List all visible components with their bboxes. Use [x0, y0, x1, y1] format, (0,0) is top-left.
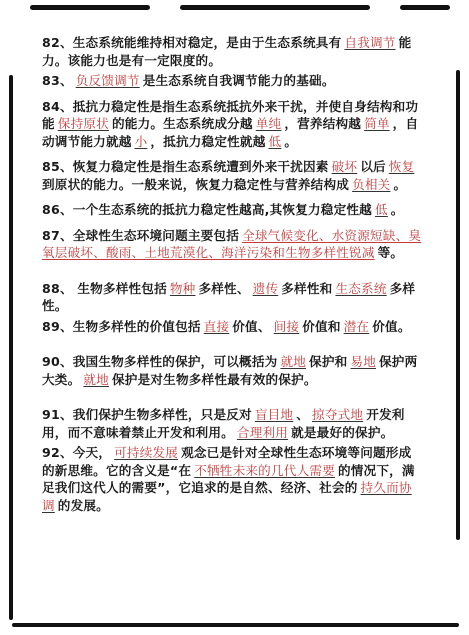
question-90: 90、我国生物多样性的保护，可以概括为就地保护和易地保护两大类。就地保护是对生物… [42, 353, 422, 388]
question-92: 92、今天，可持续发展观念已是针对全球性生态环境等问题形成的新思维。它的含义是“… [42, 444, 422, 514]
question-text: 。 [393, 177, 406, 192]
question-88: 88、 生物多样性包括物种多样性、遗传多样性和生态系统多样性。 [42, 280, 422, 315]
question-82: 82、生态系统能维持相对稳定，是由于生态系统具有自我调节能力。该能力也是有一定限… [42, 34, 422, 69]
question-text: 、 生物多样性包括 [60, 281, 167, 296]
question-83: 83、负反馈调节是生态系统自我调节能力的基础。 [42, 72, 422, 90]
question-number: 91 [42, 407, 60, 422]
answer-blank: 保持原状 [55, 116, 112, 131]
answer-blank: 易地 [347, 354, 379, 369]
question-text: 价值和 [302, 319, 340, 334]
answer-blank: 直接 [201, 319, 233, 334]
question-text: 、生态系统能维持相对稳定，是由于生态系统具有 [60, 35, 341, 50]
question-number: 92 [42, 445, 60, 460]
frame-right-border [456, 70, 460, 540]
question-text: 价值。 [372, 319, 410, 334]
frame-top-border [30, 5, 449, 10]
question-text: ，抵抗力稳定性就越 [150, 134, 265, 149]
answer-blank: 可持续发展 [111, 445, 181, 460]
question-text: 多样性和 [281, 281, 332, 296]
answer-blank: 合理利用 [234, 425, 291, 440]
question-91: 91、我们保护生物多样性，只是反对盲目地、掠夺式地开发利用，而不意味着禁止开发和… [42, 406, 422, 441]
question-text: 多样性、 [198, 281, 249, 296]
question-text: 、生物多样性的价值包括 [60, 319, 201, 334]
answer-blank: 小 [132, 134, 151, 149]
answer-blank: 单纯 [253, 116, 285, 131]
answer-blank: 自我调节 [341, 35, 398, 50]
question-85: 85、恢复力稳定性是指生态系统遭到外来干扰因素破坏以后恢复到原状的能力。一般来说… [42, 158, 422, 193]
question-89: 89、生物多样性的价值包括直接价值、间接价值和潜在价值。 [42, 318, 422, 336]
question-number: 84 [42, 99, 60, 114]
question-number: 88 [42, 281, 60, 296]
answer-blank: 恢复 [386, 159, 418, 174]
question-text: 、全球性生态环境问题主要包括 [60, 228, 239, 243]
answer-blank: 间接 [271, 319, 303, 334]
question-text: 是生态系统自我调节能力的基础。 [143, 73, 335, 88]
question-text: 保护是对生物多样性最有效的保护。 [112, 372, 317, 387]
answer-blank: 盲目地 [252, 407, 296, 422]
answer-blank: 负反馈调节 [73, 73, 143, 88]
question-number: 85 [42, 159, 60, 174]
answer-blank: 潜在 [341, 319, 373, 334]
answer-blank: 破坏 [329, 159, 361, 174]
question-87: 87、全球性生态环境问题主要包括全球气候变化、水资源短缺、臭氧层破坏、酸雨、土地… [42, 227, 422, 262]
question-number: 90 [42, 354, 60, 369]
worksheet-content: 82、生态系统能维持相对稳定，是由于生态系统具有自我调节能力。该能力也是有一定限… [42, 34, 422, 522]
question-number: 82 [42, 35, 60, 50]
question-text: ，营养结构越 [284, 116, 361, 131]
question-number: 86 [42, 202, 60, 217]
question-86: 86、一个生态系统的抵抗力稳定性越高,其恢复力稳定性越低。 [42, 201, 422, 219]
answer-blank: 低 [266, 134, 285, 149]
question-text: 以后 [360, 159, 386, 174]
question-number: 83 [42, 73, 60, 88]
question-text: 、我们保护生物多样性，只是反对 [60, 407, 252, 422]
frame-bottom-border [12, 623, 459, 627]
answer-blank: 就地 [277, 354, 309, 369]
question-text: 、我国生物多样性的保护，可以概括为 [60, 354, 278, 369]
answer-blank: 掠夺式地 [309, 407, 366, 422]
question-text: 保护和 [309, 354, 347, 369]
question-84: 84、抵抗力稳定性是指生态系统抵抗外来干扰，并使自身结构和功能保持原状的能力。生… [42, 98, 422, 151]
question-number: 89 [42, 319, 60, 334]
answer-blank: 简单 [361, 116, 393, 131]
frame-left-border [9, 75, 13, 620]
answer-blank: 低 [372, 202, 391, 217]
question-text: 就是最好的保护。 [291, 425, 393, 440]
question-text: 、恢复力稳定性是指生态系统遭到外来干扰因素 [60, 159, 329, 174]
answer-blank: 生态系统 [332, 281, 389, 296]
question-text: 等。 [378, 245, 404, 260]
question-text: 。 [284, 134, 297, 149]
answer-blank: 就地 [80, 372, 112, 387]
question-text: 、一个生态系统的抵抗力稳定性越高,其恢复力稳定性越 [60, 202, 372, 217]
answer-blank: 不牺牲未来的几代人需要 [191, 463, 338, 478]
question-text: 的能力。生态系统成分越 [112, 116, 253, 131]
answer-blank: 负相关 [349, 177, 393, 192]
answer-blank: 物种 [167, 281, 199, 296]
question-text: 价值、 [232, 319, 270, 334]
question-text: 、 [296, 407, 309, 422]
question-text: 、 [60, 73, 73, 88]
question-text: 的发展。 [58, 498, 109, 513]
question-text: 。 [391, 202, 404, 217]
answer-blank: 遗传 [250, 281, 282, 296]
question-text: 、今天， [60, 445, 111, 460]
question-number: 87 [42, 228, 60, 243]
question-text: 到原状的能力。一般来说，恢复力稳定性与营养结构成 [42, 177, 349, 192]
